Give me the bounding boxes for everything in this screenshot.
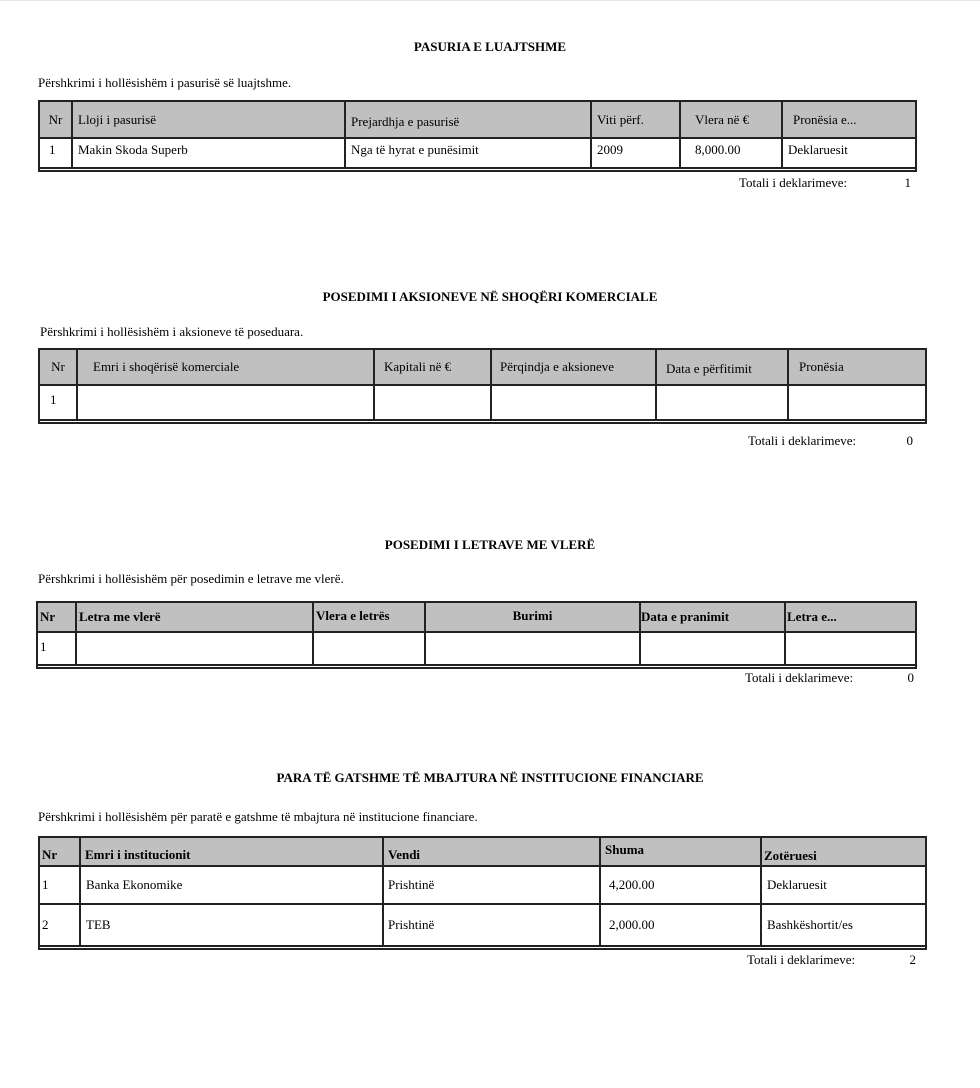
column-header: Vlera në € xyxy=(681,102,783,137)
column-header: Pronësia xyxy=(789,350,925,384)
column-header: Emri i institucionit xyxy=(81,838,384,865)
cash-table: Nr Emri i institucionit Vendi Shuma Zotë… xyxy=(38,836,927,950)
cell-acquisition-date xyxy=(657,386,789,419)
column-header: Lloji i pasurisë xyxy=(73,102,346,137)
cell-value: 8,000.00 xyxy=(681,139,783,167)
cell-security-value xyxy=(314,633,426,664)
cell-institution: Banka Ekonomike xyxy=(81,867,384,903)
cell-nr: 1 xyxy=(38,633,77,664)
column-header: Burimi xyxy=(426,603,641,631)
section-description-securities: Përshkrimi i hollësishëm për posedimin e… xyxy=(38,571,344,587)
column-header: Letra e... xyxy=(786,603,915,631)
movable-assets-table: Nr Lloji i pasurisë Prejardhja e pasuris… xyxy=(38,100,917,172)
section-description-movable-assets: Përshkrimi i hollësishëm i pasurisë së l… xyxy=(38,75,291,91)
cell-place: Prishtinë xyxy=(384,867,601,903)
column-header: Shuma xyxy=(601,838,762,865)
cell-asset-type: Makin Skoda Superb xyxy=(73,139,346,167)
total-value: 1 xyxy=(905,175,912,191)
section-description-cash: Përshkrimi i hollësishëm për paratë e ga… xyxy=(38,809,478,825)
column-header: Data e përfitimit xyxy=(657,350,789,384)
column-header: Nr xyxy=(40,350,78,384)
cell-institution: TEB xyxy=(81,905,384,945)
shares-table: Nr Emri i shoqërisë komerciale Kapitali … xyxy=(38,348,927,424)
cell-place: Prishtinë xyxy=(384,905,601,945)
section-title-securities: POSEDIMI I LETRAVE ME VLERË xyxy=(0,537,980,553)
cell-receipt-date xyxy=(641,633,786,664)
column-header: Data e pranimit xyxy=(641,603,786,631)
column-header: Pronësia e... xyxy=(783,102,915,137)
total-label: Totali i deklarimeve: xyxy=(745,670,853,686)
column-header: Përqindja e aksioneve xyxy=(492,350,657,384)
table-row: 2 TEB Prishtinë 2,000.00 Bashkëshortit/e… xyxy=(40,905,925,945)
table-bottom-border xyxy=(38,167,917,172)
cell-company-name xyxy=(78,386,375,419)
column-header: Letra me vlerë xyxy=(77,603,314,631)
cell-ownership: Deklaruesit xyxy=(783,139,915,167)
total-value: 2 xyxy=(910,952,917,968)
total-label: Totali i deklarimeve: xyxy=(739,175,847,191)
cell-nr: 1 xyxy=(40,139,73,167)
column-header: Prejardhja e pasurisë xyxy=(346,102,592,137)
cell-nr: 1 xyxy=(40,867,81,903)
total-value: 0 xyxy=(908,670,915,686)
table-row: 1 Makin Skoda Superb Nga të hyrat e punë… xyxy=(40,139,915,167)
column-header: Vendi xyxy=(384,838,601,865)
total-value: 0 xyxy=(907,433,914,449)
securities-table: Nr Letra me vlerë Vlera e letrës Burimi … xyxy=(36,601,917,669)
cell-nr: 1 xyxy=(40,386,78,419)
table-bottom-border xyxy=(38,945,927,950)
total-label: Totali i deklarimeve: xyxy=(748,433,856,449)
column-header: Nr xyxy=(40,102,73,137)
cell-source xyxy=(426,633,641,664)
table-bottom-border xyxy=(38,419,927,424)
cell-holder: Bashkëshortit/es xyxy=(762,905,925,945)
cell-asset-origin: Nga të hyrat e punësimit xyxy=(346,139,592,167)
section-description-shares: Përshkrimi i hollësishëm i aksioneve të … xyxy=(40,324,303,340)
column-header: Nr xyxy=(38,603,77,631)
cell-nr: 2 xyxy=(40,905,81,945)
cell-amount: 2,000.00 xyxy=(601,905,762,945)
cell-capital xyxy=(375,386,492,419)
table-header-row: Nr Emri i institucionit Vendi Shuma Zotë… xyxy=(40,838,925,867)
column-header: Zotëruesi xyxy=(762,838,925,865)
total-label: Totali i deklarimeve: xyxy=(747,952,855,968)
table-header-row: Nr Lloji i pasurisë Prejardhja e pasuris… xyxy=(40,102,915,139)
table-row: 1 Banka Ekonomike Prishtinë 4,200.00 Dek… xyxy=(40,867,925,905)
table-header-row: Nr Letra me vlerë Vlera e letrës Burimi … xyxy=(38,603,915,633)
cell-share-percent xyxy=(492,386,657,419)
section-title-movable-assets: PASURIA E LUAJTSHME xyxy=(0,39,980,55)
table-header-row: Nr Emri i shoqërisë komerciale Kapitali … xyxy=(40,350,925,386)
cell-ownership xyxy=(789,386,925,419)
cell-security-type xyxy=(786,633,915,664)
page-top-border xyxy=(0,0,980,1)
table-row: 1 xyxy=(40,386,925,419)
table-row: 1 xyxy=(38,633,915,664)
cell-amount: 4,200.00 xyxy=(601,867,762,903)
cell-holder: Deklaruesit xyxy=(762,867,925,903)
table-bottom-border xyxy=(36,664,917,669)
section-title-cash: PARA TË GATSHME TË MBAJTURA NË INSTITUCI… xyxy=(0,770,980,786)
cell-security xyxy=(77,633,314,664)
column-header: Viti përf. xyxy=(592,102,681,137)
column-header: Nr xyxy=(40,838,81,865)
column-header: Kapitali në € xyxy=(375,350,492,384)
cell-year: 2009 xyxy=(592,139,681,167)
column-header: Emri i shoqërisë komerciale xyxy=(78,350,375,384)
column-header: Vlera e letrës xyxy=(314,603,426,631)
section-title-shares: POSEDIMI I AKSIONEVE NË SHOQËRI KOMERCIA… xyxy=(0,289,980,305)
